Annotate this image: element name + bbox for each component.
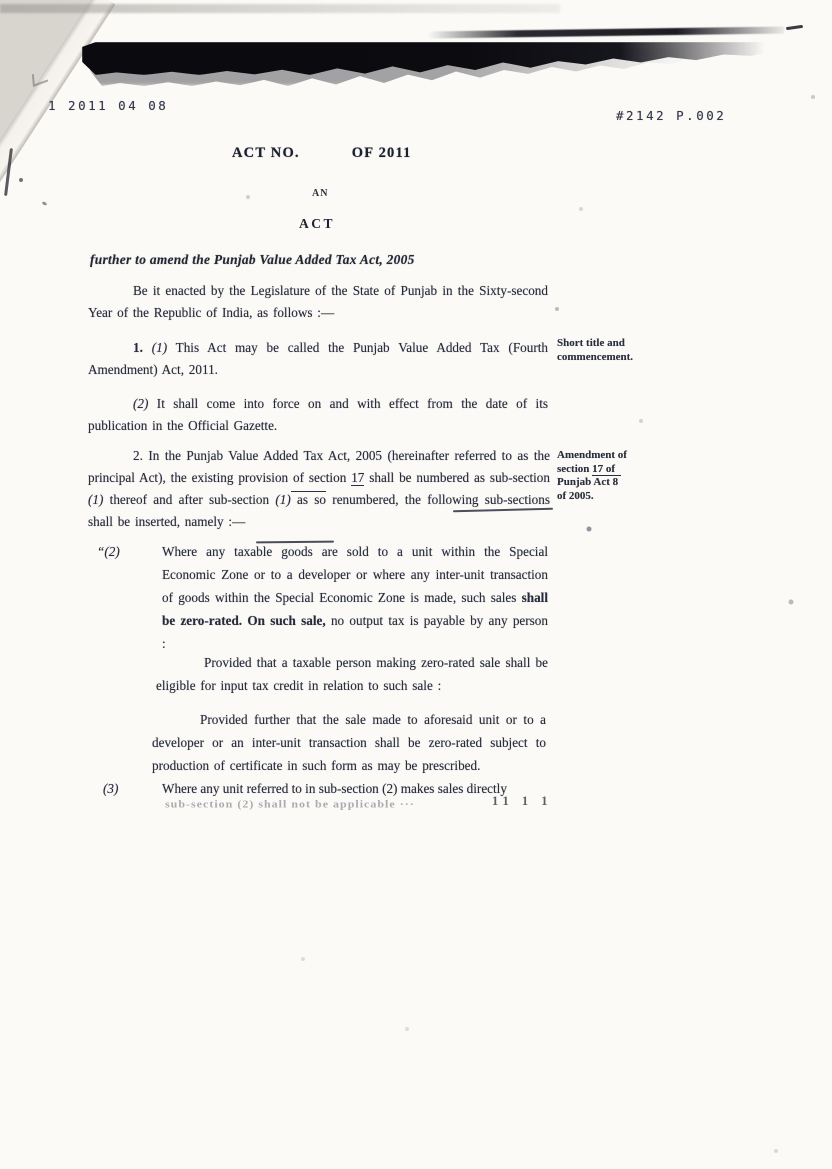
section-1-sub-2: (2) It shall come into force on and with…: [88, 393, 548, 437]
as-so-overlined: as so: [291, 491, 326, 507]
fax-page-number: #2142 P.002: [616, 108, 726, 123]
scan-top-streak: [0, 4, 560, 13]
margin-note-underlined: 17 of: [592, 463, 621, 476]
an-heading: AN: [312, 183, 328, 205]
scan-dash-mark: [786, 25, 803, 30]
scanned-act-page: { "fax": { "timestamp": "1 2011 04 08", …: [0, 0, 832, 1169]
sub-section-2-text: Where any taxable goods are sold to a un…: [162, 544, 548, 605]
sub-1-marker-italic: (1): [275, 492, 290, 507]
act-no-label: ACT NO.: [232, 145, 300, 161]
sub-section-2-body: Where any taxable goods are sold to a un…: [162, 540, 548, 655]
second-proviso: Provided further that the sale made to a…: [152, 708, 546, 777]
scan-speck: [19, 178, 23, 182]
sub-section-3-body: Where any unit referred to in sub-sectio…: [162, 778, 548, 800]
section-2-text: shall be numbered as sub-section: [364, 470, 550, 485]
section-17-underlined: 17: [351, 470, 364, 486]
margin-note-amendment: Amendment of section 17 of Punjab Act 8 …: [557, 449, 661, 503]
margin-note-line: section 17 of: [557, 463, 661, 477]
sub-1-marker-italic: (1): [88, 492, 103, 507]
margin-note-line: Short title and: [557, 337, 661, 351]
margin-note-text: section: [557, 463, 592, 475]
scan-speck: [42, 201, 48, 206]
inserted-sub-section-3: (3) Where any unit referred to in sub-se…: [95, 778, 548, 800]
inserted-sub-section-2: “(2) Where any taxable goods are sold to…: [95, 540, 548, 655]
scan-smudge-thin-line: [428, 27, 784, 39]
sub-2-marker: (2): [133, 396, 148, 411]
faded-cutoff-line: sub-section (2) shall not be applicable …: [165, 798, 415, 811]
section-2-text: thereof and after sub-section: [103, 492, 275, 507]
sub-section-3-label: (3): [103, 778, 118, 800]
act-heading: ACT: [299, 213, 335, 235]
section-1-sub-1: 1. (1) This Act may be called the Punjab…: [88, 337, 548, 381]
sub-1-marker: (1): [152, 340, 167, 355]
margin-note-short-title: Short title and commencement.: [557, 337, 661, 364]
enacting-clause: Be it enacted by the Legislature of the …: [88, 280, 548, 324]
margin-note-line: Amendment of: [557, 449, 661, 463]
act-number-heading: ACT NO.OF 2011: [232, 142, 412, 164]
scan-speckles: [0, 0, 2, 2]
margin-note-line: of 2005.: [557, 490, 661, 504]
margin-note-line: commencement.: [557, 351, 661, 365]
margin-note-line: Punjab Act 8: [557, 476, 661, 490]
sub-2-text: It shall come into force on and with eff…: [88, 396, 548, 433]
long-title: further to amend the Punjab Value Added …: [90, 249, 415, 271]
act-year-label: OF 2011: [352, 145, 412, 161]
section-2-paragraph: 2. In the Punjab Value Added Tax Act, 20…: [88, 445, 550, 533]
stray-marks: 11 1 1: [492, 794, 553, 809]
section-1-number: 1.: [133, 340, 152, 355]
fax-timestamp: 1 2011 04 08: [48, 98, 168, 113]
first-proviso: Provided that a taxable person making ze…: [156, 651, 548, 697]
sub-section-2-label: “(2): [97, 540, 120, 563]
